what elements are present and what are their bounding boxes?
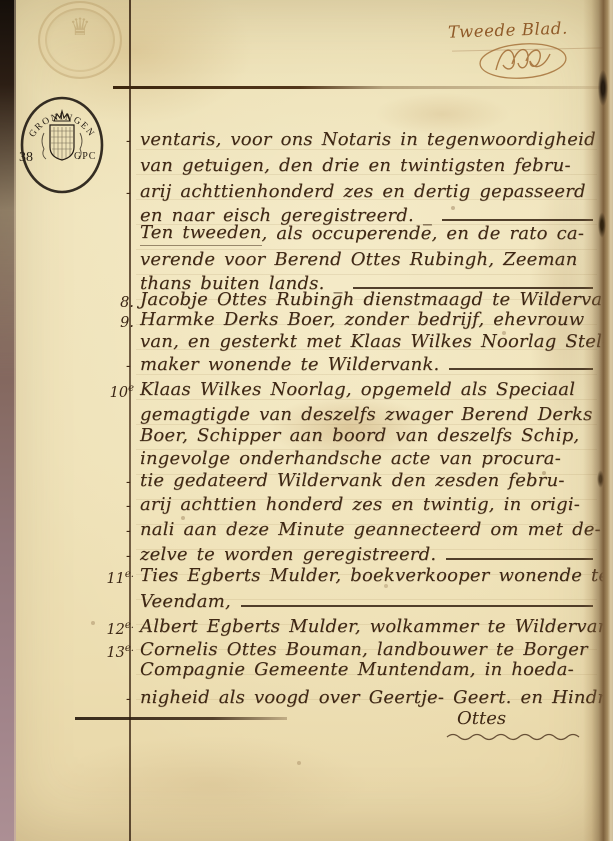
margin-number: 9.	[94, 313, 134, 331]
filler-rule	[241, 605, 593, 607]
margin-hyphen: -	[126, 133, 131, 149]
margin-hyphen: -	[126, 358, 131, 374]
edge-stain	[597, 470, 604, 488]
line-text: nigheid als voogd over Geertje- Geert. e…	[140, 686, 613, 710]
filler-rule	[442, 219, 593, 221]
text-line: -tie gedateerd Wildervank den zesden feb…	[140, 469, 595, 493]
text-line: -ventaris, voor ons Notaris in tegenwoor…	[140, 128, 595, 152]
stamp-denomination: 38	[19, 150, 33, 165]
filler-rule	[446, 558, 593, 560]
footer-rule	[75, 717, 287, 720]
text-line: 10eKlaas Wilkes Noorlag, opgemeld als Sp…	[140, 378, 595, 402]
line-text: maker wonende te Wildervank.	[140, 353, 439, 377]
catchword: Ottes	[457, 708, 506, 729]
text-line: verende voor Berend Ottes Rubingh, Zeema…	[140, 248, 595, 272]
margin-number: 11e.	[94, 569, 134, 587]
crown-icon: ♛	[40, 13, 120, 41]
line-text: nali aan deze Minute geannecteerd om met…	[140, 518, 601, 542]
margin-hyphen: -	[126, 523, 131, 539]
line-text: Veendam,	[140, 590, 231, 614]
edge-stain	[598, 70, 608, 106]
text-line: -nigheid als voogd over Geertje- Geert. …	[140, 686, 595, 710]
line-text: Compagnie Gemeente Muntendam, in hoeda-	[140, 658, 574, 682]
line-text: tie gedateerd Wildervank den zesden febr…	[140, 469, 565, 493]
margin-hyphen: -	[126, 474, 131, 490]
text-line: -arij achttien honderd zes en twintig, i…	[140, 493, 595, 517]
margin-number: 8.	[94, 293, 134, 311]
line-text: ingevolge onderhandsche acte van procura…	[140, 447, 561, 471]
text-line: Compagnie Gemeente Muntendam, in hoeda-	[140, 658, 595, 682]
groningen-tax-stamp: GRONINGEN 38 GPC	[14, 93, 110, 197]
text-line: Boer, Schipper aan boord van deszelfs Sc…	[140, 424, 595, 448]
text-line: 11e.Ties Egberts Mulder, boekverkooper w…	[140, 564, 595, 588]
scanned-notarial-page: ♛ GRONINGEN 38 GPC Tweede Blad.	[0, 0, 613, 841]
catchword-underline	[445, 731, 585, 741]
paper-stain	[50, 735, 370, 835]
page-edge-right	[583, 0, 613, 841]
line-text: verende voor Berend Ottes Rubingh, Zeema…	[140, 248, 578, 272]
line-text: Ties Egberts Mulder, boekverkooper wonen…	[140, 564, 609, 588]
text-line: ingevolge onderhandsche acte van procura…	[140, 447, 595, 471]
margin-hyphen: -	[126, 691, 131, 707]
margin-number: 13e.	[94, 643, 134, 661]
margin-hyphen: -	[126, 498, 131, 514]
text-line: Veendam,	[140, 590, 595, 614]
text-line: van getuigen, den drie en twintigsten fe…	[140, 154, 595, 178]
margin-rule-vertical	[129, 0, 131, 841]
line-text: Klaas Wilkes Noorlag, opgemeld als Speci…	[140, 378, 575, 402]
margin-hyphen: -	[126, 185, 131, 201]
text-line: Ten tweeden, als occuperende, en de rato…	[140, 222, 595, 246]
line-text: van getuigen, den drie en twintigsten fe…	[140, 154, 571, 178]
text-line: van, en gesterkt met Klaas Wilkes Noorla…	[140, 330, 595, 354]
margin-hyphen: -	[126, 548, 131, 564]
line-text: van, en gesterkt met Klaas Wilkes Noorla…	[140, 330, 608, 354]
stamp-office-code: GPC	[74, 151, 96, 162]
line-text: Harmke Derks Boer, zonder bedrijf, ehevr…	[140, 308, 584, 332]
line-text: arij achttien honderd zes en twintig, in…	[140, 493, 580, 517]
paraph-monogram	[476, 40, 570, 82]
text-line: -maker wonende te Wildervank.	[140, 353, 595, 377]
underlined-phrase: Ten tweeden	[140, 221, 262, 246]
text-line: 9.Harmke Derks Boer, zonder bedrijf, ehe…	[140, 308, 595, 332]
line-text: , als occuperende, en de rato ca-	[262, 222, 585, 246]
line-text: Boer, Schipper aan boord van deszelfs Sc…	[140, 424, 579, 448]
text-line: 12e.Albert Egberts Mulder, wolkammer te …	[140, 615, 595, 639]
line-text: Albert Egberts Mulder, wolkammer te Wild…	[140, 615, 613, 639]
text-line: -arij achttienhonderd zes en dertig gepa…	[140, 180, 595, 204]
header-rule	[113, 86, 605, 89]
margin-number: 10e	[94, 383, 134, 401]
edge-stain	[598, 212, 606, 238]
scan-edge-left	[0, 0, 16, 841]
embossed-seal: ♛	[38, 1, 122, 79]
margin-number: 12e.	[94, 620, 134, 638]
line-text: ventaris, voor ons Notaris in tegenwoord…	[140, 128, 596, 152]
line-text: arij achttienhonderd zes en dertig gepas…	[140, 180, 586, 204]
text-line: -nali aan deze Minute geannecteerd om me…	[140, 518, 595, 542]
filler-rule	[449, 368, 593, 370]
